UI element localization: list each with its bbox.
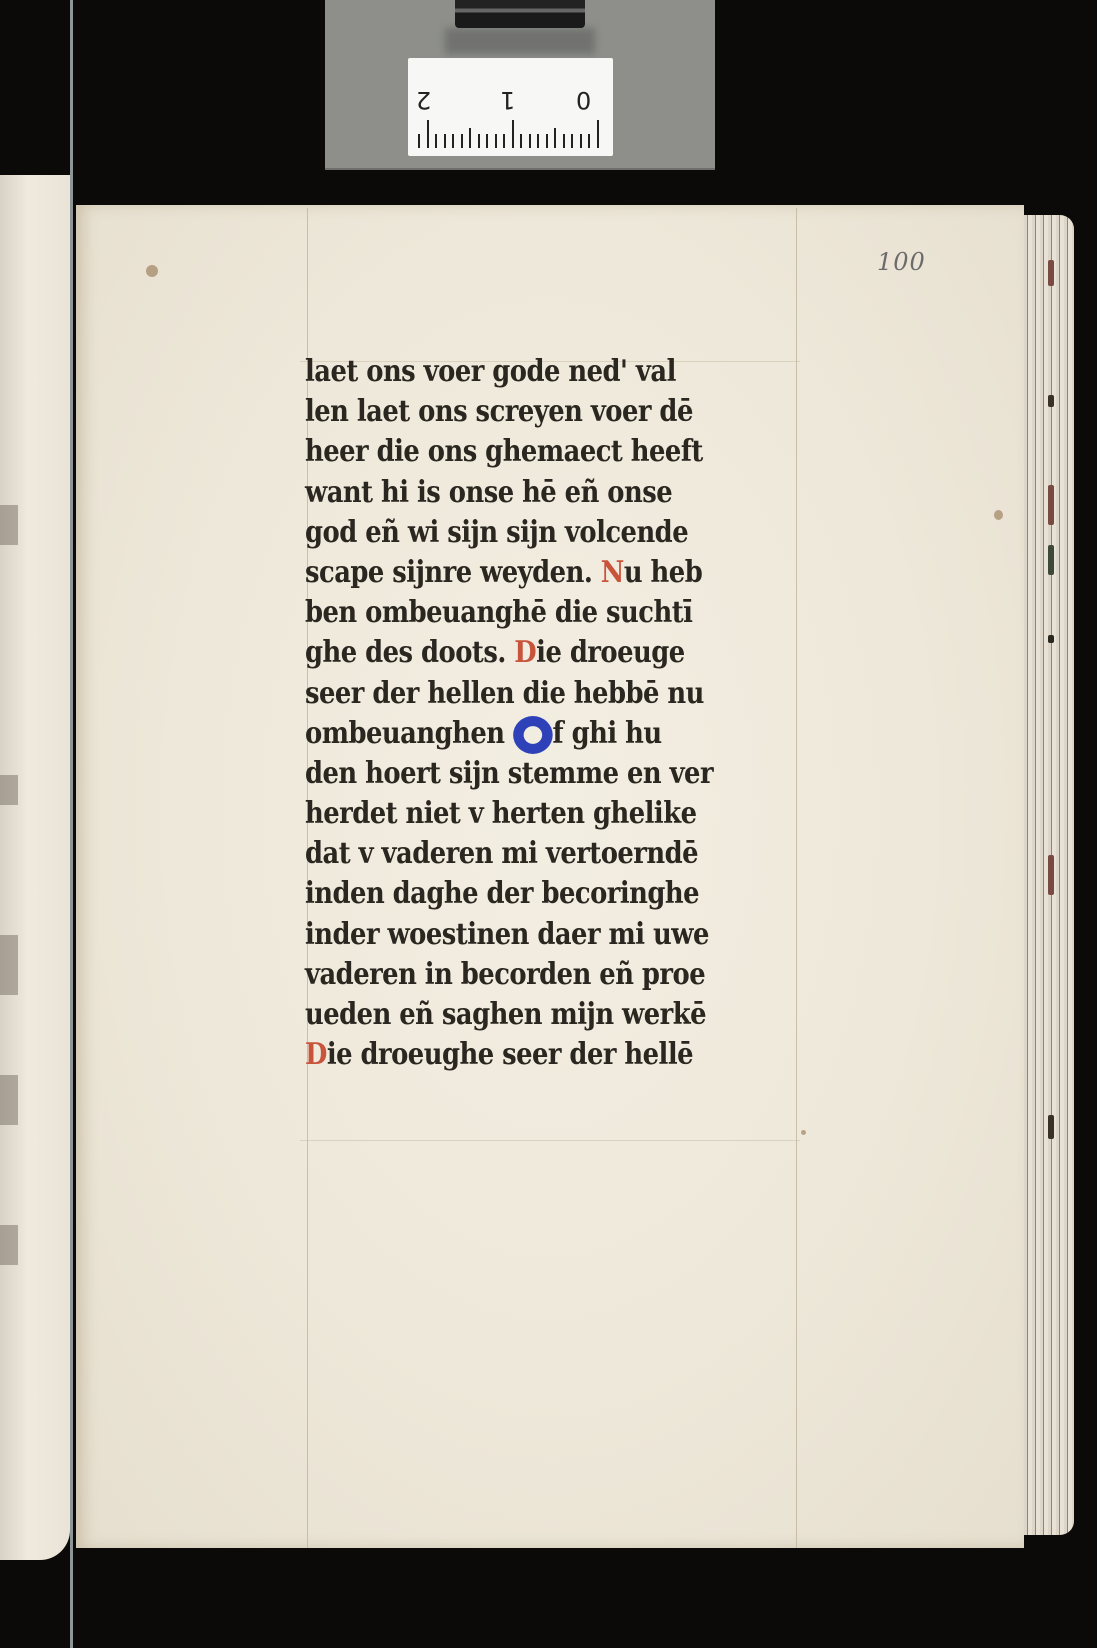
text-line: dat v vaderen mi vertoerndē — [305, 834, 752, 874]
stain — [146, 265, 158, 277]
text-line: laet ons voer gode ned' val — [305, 352, 752, 392]
line-text-after: u heb — [624, 555, 702, 590]
text-line: want hi is onse hē eñ onse — [305, 473, 752, 513]
text-line: ben ombeuanghē die suchtī — [305, 593, 752, 633]
text-line: inder woestinen daer mi uwe — [305, 915, 752, 955]
text-line: vaderen in becorden eñ proe — [305, 955, 752, 995]
text-line: herdet niet v herten ghelike — [305, 794, 752, 834]
text-line: ghe des doots. Die droeuge — [305, 633, 752, 673]
line-text-after: f ghi hu — [553, 716, 662, 751]
line-text: ghe des doots. — [305, 635, 506, 670]
text-line: scape sijnre weyden. Nu heb — [305, 553, 752, 593]
folio-number: 100 — [877, 248, 926, 276]
text-line: god eñ wi sijn sijn volcende — [305, 513, 752, 553]
text-line: heer die ons ghemaect heeft — [305, 432, 752, 472]
red-initial: D — [514, 635, 536, 670]
blue-initial: O — [513, 716, 553, 754]
glass-plate-edge — [70, 0, 73, 1648]
red-initial: D — [305, 1037, 327, 1072]
stain — [994, 510, 1003, 520]
page-edges-stack — [1024, 215, 1074, 1535]
ruler-label-0: 0 — [576, 86, 591, 114]
text-block: laet ons voer gode ned' val len laet ons… — [305, 352, 825, 1075]
scale-ruler: 2 1 0 — [408, 58, 613, 156]
scale-mount: 2 1 0 — [325, 0, 715, 170]
text-line: seer der hellen die hebbē nu — [305, 674, 752, 714]
text-line: Die droeughe seer der hellē — [305, 1035, 752, 1075]
ruling-bottom — [300, 1140, 800, 1141]
ruler-ticks — [418, 116, 603, 148]
ruler-label-1: 1 — [500, 86, 515, 114]
text-line: den hoert sijn stemme en ver — [305, 754, 752, 794]
ruler-label-2: 2 — [416, 86, 431, 114]
line-text-after: ie droeuge — [536, 635, 685, 670]
line-text: ombeuanghen — [305, 716, 504, 751]
facing-page-left — [0, 175, 70, 1560]
binder-clip — [455, 0, 585, 28]
clip-shadow — [445, 28, 595, 54]
stain — [801, 1130, 806, 1135]
text-line: ueden eñ saghen mijn werkē — [305, 995, 752, 1035]
text-line: len laet ons screyen voer dē — [305, 392, 752, 432]
text-line: inden daghe der becoringhe — [305, 874, 752, 914]
red-initial: N — [601, 555, 624, 590]
line-text-after: ie droeughe seer der hellē — [327, 1037, 693, 1072]
text-line: ombeuanghen Of ghi hu — [305, 714, 752, 754]
line-text: scape sijnre weyden. — [305, 555, 592, 590]
